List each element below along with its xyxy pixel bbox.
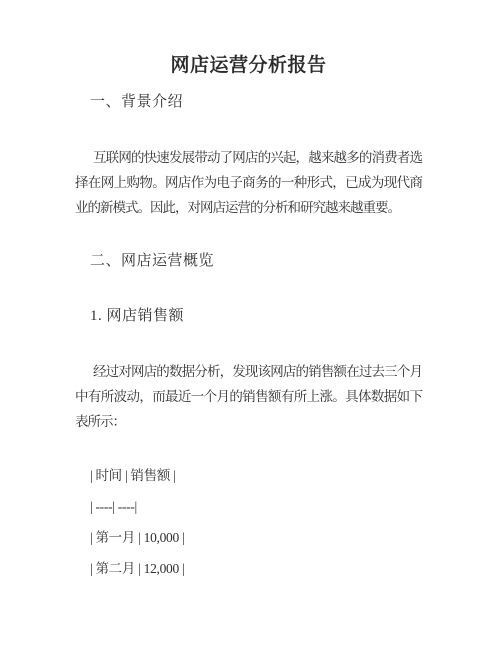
document-page: 网店运营分析报告 一、背景介绍 互联网的快速发展带动了网店的兴起，越来越多的消费…: [0, 0, 500, 647]
table-row-month2: | 第二月 | 12,000 |: [90, 556, 422, 581]
table-row-separator: | ----| ----|: [90, 494, 422, 519]
table-row-header: | 时间 | 销售额 |: [90, 463, 422, 488]
section-heading-background: 一、背景介绍: [90, 90, 422, 115]
table-row-month1: | 第一月 | 10,000 |: [90, 525, 422, 550]
subsection-heading-sales: 1. 网店销售额: [90, 304, 422, 329]
section-heading-overview: 二、网店运营概览: [90, 249, 422, 274]
document-title: 网店运营分析报告: [75, 52, 422, 80]
paragraph-sales-analysis: 经过对网店的数据分析，发现该网店的销售额在过去三个月中有所波动，而最近一个月的销…: [75, 359, 422, 434]
paragraph-background-intro: 互联网的快速发展带动了网店的兴起，越来越多的消费者选择在网上购物。网店作为电子商…: [75, 145, 422, 220]
